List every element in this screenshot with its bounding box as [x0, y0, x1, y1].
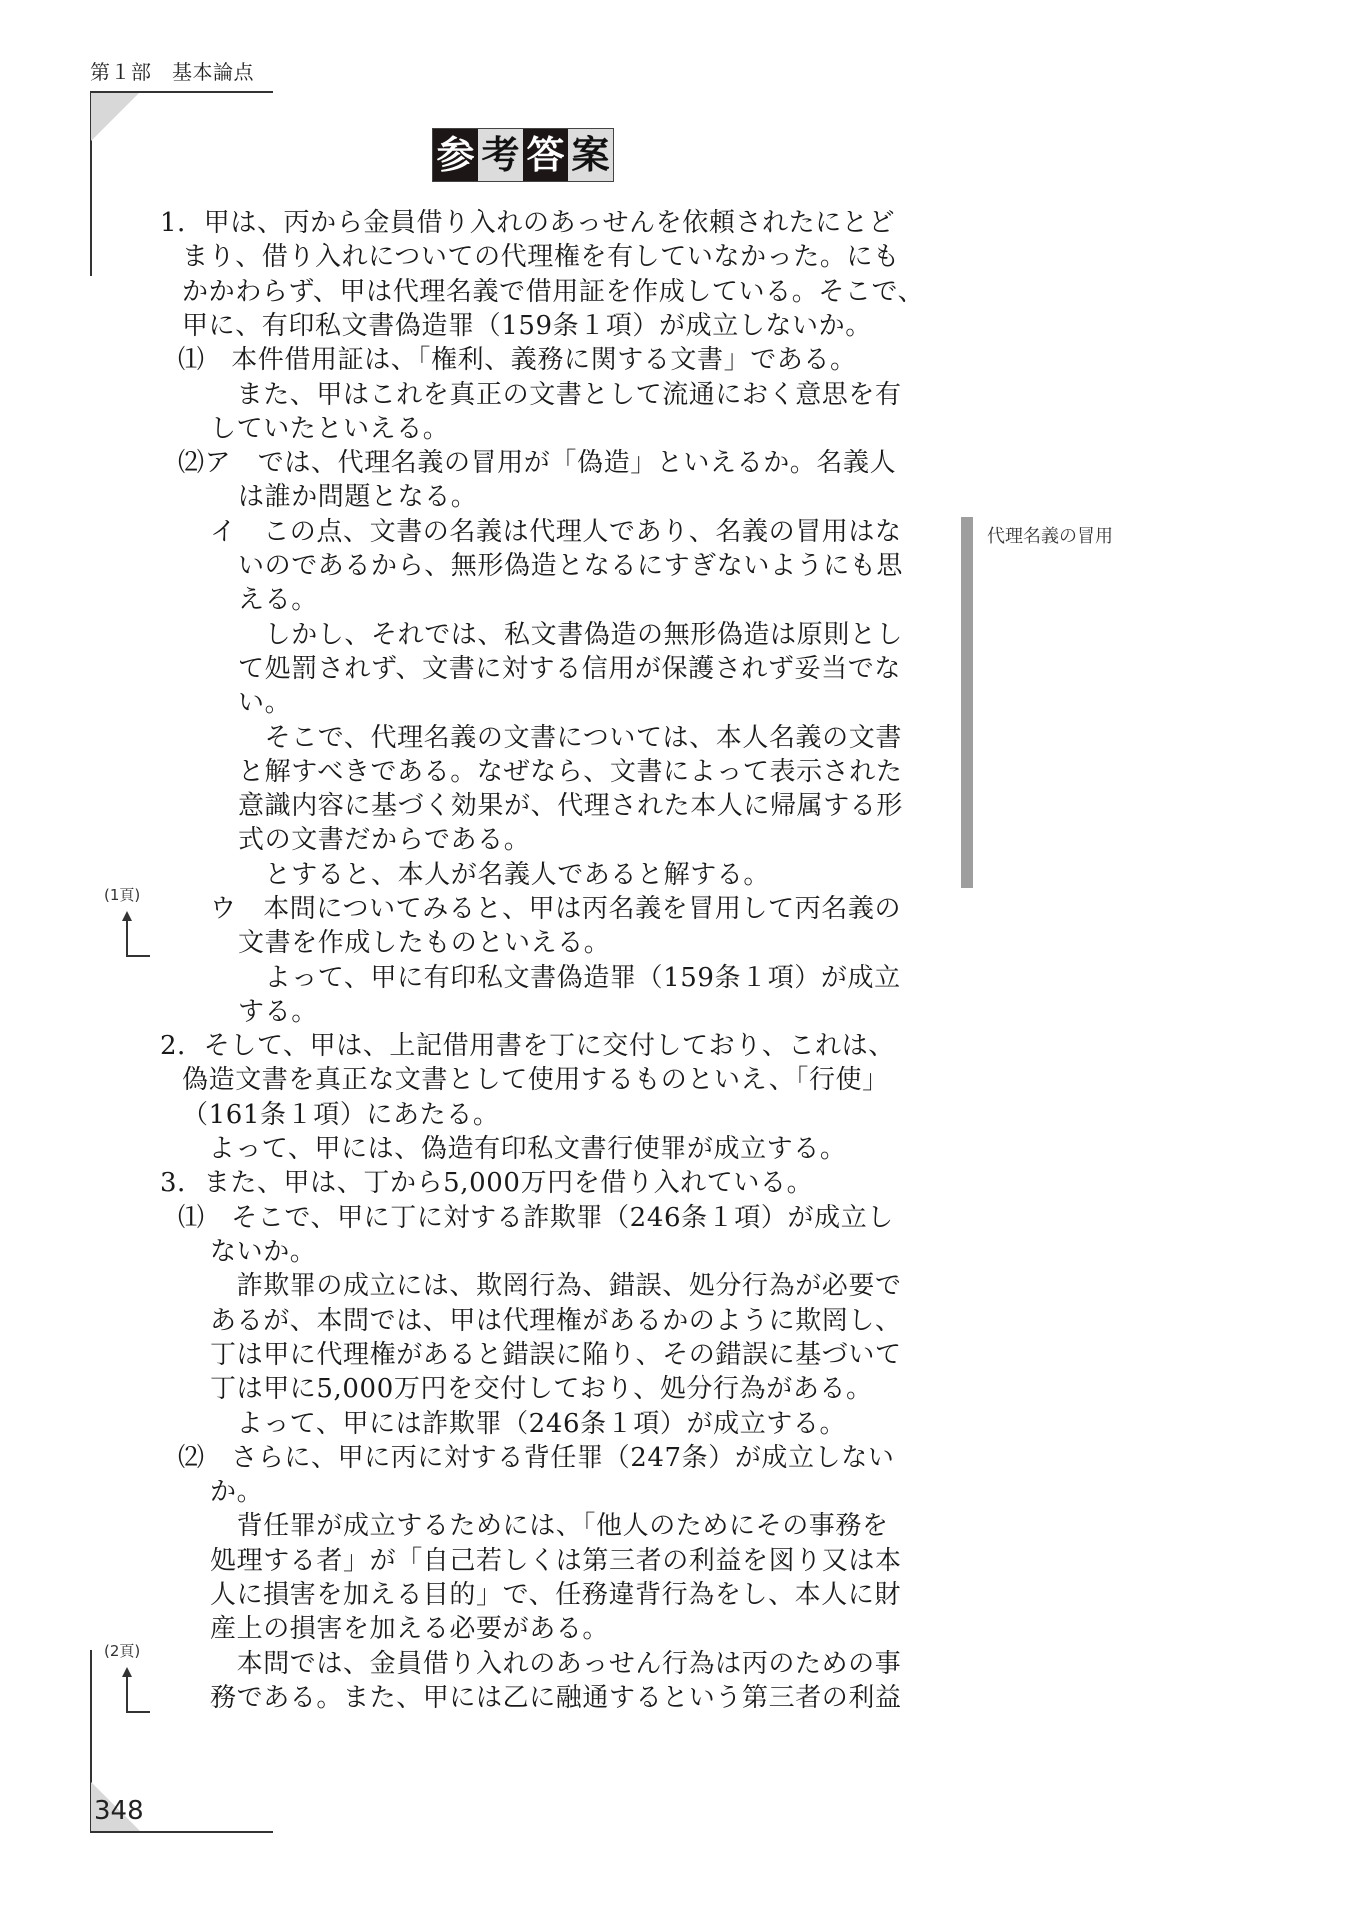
- text-line: かかわらず、甲は代理名義で借用証を作成している。そこで、: [182, 275, 924, 309]
- page-number: 348: [94, 1796, 144, 1826]
- text-line: よって、甲には詐欺罪（246条１項）が成立する。: [210, 1407, 846, 1441]
- text-line: とすると、本人が名義人であると解する。: [238, 858, 770, 892]
- frame-bottom-line: [90, 1831, 273, 1833]
- text-line: 人に損害を加える目的」で、任務違背行為をし、本人に財: [210, 1578, 901, 1612]
- text-line: 文書を作成したものといえる。: [238, 926, 610, 960]
- page-ref-2: (2頁): [104, 1640, 140, 1661]
- title-char-1: 参: [433, 129, 478, 181]
- running-header: 第１部 基本論点: [90, 56, 254, 85]
- text-line: 務である。また、甲には乙に融通するという第三者の利益: [210, 1681, 902, 1715]
- text-line: て処罰されず、文書に対する信用が保護されず妥当でな: [238, 652, 901, 686]
- frame-corner-triangle-top: [91, 93, 139, 141]
- title-char-2: 考: [478, 129, 523, 181]
- text-line: そこで、代理名義の文書については、本人名義の文書: [238, 721, 902, 755]
- text-line: ないか。: [210, 1235, 316, 1269]
- text-line: 本問では、金員借り入れのあっせん行為は丙のための事: [210, 1647, 901, 1681]
- text-line: 意識内容に基づく効果が、代理された本人に帰属する形: [238, 789, 903, 823]
- text-line: する。: [238, 995, 318, 1029]
- text-line: か。: [210, 1475, 263, 1509]
- text-line: と解すべきである。なぜなら、文書によって表示された: [238, 755, 902, 789]
- text-line: 1．甲は、丙から金員借り入れのあっせんを依頼されたにとど: [160, 206, 895, 240]
- side-note-bar: [961, 517, 973, 888]
- text-line: 丁は甲に代理権があると錯誤に陥り、その錯誤に基づいて: [210, 1338, 902, 1372]
- text-line: 処理する者」が「自己若しくは第三者の利益を図り又は本: [210, 1544, 902, 1578]
- text-line: ⑵ さらに、甲に丙に対する背任罪（247条）が成立しない: [178, 1441, 894, 1475]
- text-line: 偽造文書を真正な文書として使用するものといえ、「行使」: [182, 1063, 889, 1097]
- text-line: また、甲はこれを真正の文書として流通におく意思を有: [210, 378, 902, 412]
- title-char-3: 答: [523, 129, 568, 181]
- text-line: い。: [238, 686, 291, 720]
- text-line: 産上の損害を加える必要がある。: [210, 1612, 609, 1646]
- side-note-label: 代理名義の冒用: [987, 522, 1113, 548]
- text-line: あるが、本問では、甲は代理権があるかのように欺罔し、: [210, 1304, 902, 1338]
- text-line: しかし、それでは、私文書偽造の無形偽造は原則とし: [238, 618, 903, 652]
- text-line: （161条１項）にあたる。: [182, 1098, 499, 1132]
- text-line: イ この点、文書の名義は代理人であり、名義の冒用はな: [210, 515, 902, 549]
- title-char-4: 案: [568, 129, 613, 181]
- text-line: いのであるから、無形偽造となるにすぎないようにも思: [238, 549, 903, 583]
- text-line: 2．そして、甲は、上記借用書を丁に交付しており、これは、: [160, 1029, 895, 1063]
- text-line: よって、甲に有印私文書偽造罪（159条１項）が成立: [238, 961, 901, 995]
- text-line: は誰か問題となる。: [238, 480, 477, 514]
- text-line: 背任罪が成立するためには、「他人のためにその事務を: [210, 1509, 889, 1543]
- text-line: していたといえる。: [210, 412, 449, 446]
- text-line: 丁は甲に5,000万円を交付しており、処分行為がある。: [210, 1372, 873, 1406]
- section-title: 参 考 答 案: [432, 128, 614, 182]
- page-ref-1: (1頁): [104, 884, 140, 905]
- text-line: ⑴ 本件借用証は、「権利、義務に関する文書」である。: [178, 343, 857, 377]
- text-line: 甲に、有印私文書偽造罪（159条１項）が成立しないか。: [182, 309, 872, 343]
- text-line: 3．また、甲は、丁から5,000万円を借り入れている。: [160, 1166, 813, 1200]
- text-line: 式の文書だからである。: [238, 823, 530, 857]
- text-line: える。: [238, 583, 318, 617]
- text-line: まり、借り入れについての代理権を有していなかった。にも: [182, 240, 900, 274]
- text-line: 詐欺罪の成立には、欺罔行為、錯誤、処分行為が必要で: [210, 1269, 902, 1303]
- text-line: ウ 本問についてみると、甲は丙名義を冒用して丙名義の: [210, 892, 901, 926]
- text-line: ⑵ア では、代理名義の冒用が「偽造」といえるか。名義人: [178, 446, 896, 480]
- text-line: ⑴ そこで、甲に丁に対する詐欺罪（246条１項）が成立し: [178, 1201, 894, 1235]
- text-line: よって、甲には、偽造有印私文書行使罪が成立する。: [182, 1132, 846, 1166]
